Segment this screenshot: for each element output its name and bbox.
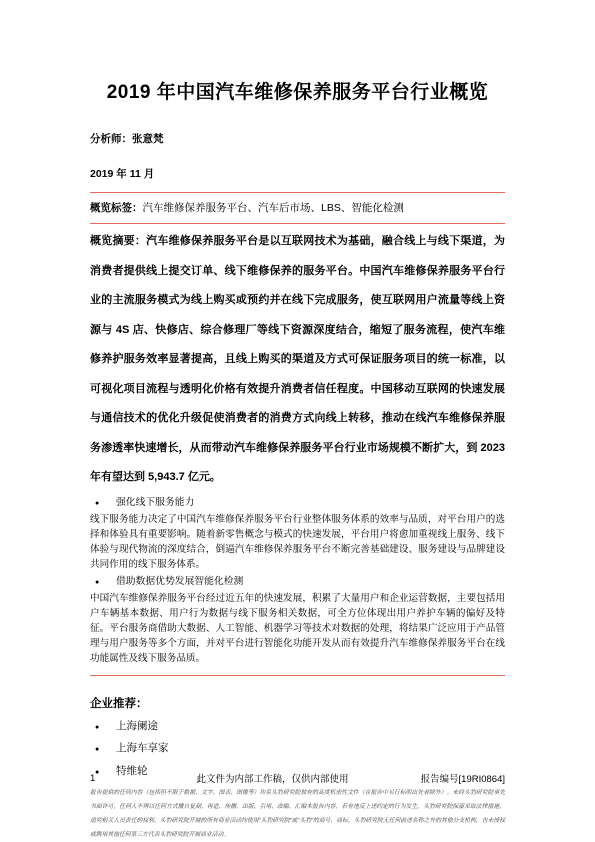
company-name: 上海阑途 (116, 716, 158, 737)
report-content: 2019 年中国汽车维修保养服务平台行业概览 分析师：张意梵 2019 年 11… (90, 0, 505, 842)
list-item: ● 上海阑途 (90, 716, 505, 739)
section-bullet-label: 借助数据优势发展智能化检测 (116, 574, 243, 590)
section-paragraph-offline: 线下服务能力决定了中国汽车维修保养服务平台行业整体服务体系的效率与品质，对平台用… (90, 512, 505, 572)
legal-disclaimer: 报告提供的任何内容（包括但不限于数据、文字、图表、图像等）均系头豹研究院独有的高… (90, 786, 505, 842)
overview-summary-text: 汽车维修保养服务平台是以互联网技术为基础，融合线上与线下渠道，为消费者提供线上提… (90, 235, 505, 483)
bullet-icon: ● (90, 740, 116, 761)
footer-confidential-note: 此文件为内部工作稿，仅供内部使用 (150, 771, 395, 785)
list-item: ● 上海车享家 (90, 738, 505, 761)
company-name: 上海车享家 (116, 738, 169, 759)
overview-summary: 概览摘要：汽车维修保养服务平台是以互联网技术为基础，融合线上与线下渠道，为消费者… (90, 227, 505, 493)
divider-sections (90, 675, 505, 676)
report-page: 2019 年中国汽车维修保养服务平台行业概览 分析师：张意梵 2019 年 11… (0, 0, 595, 842)
overview-summary-label: 概览摘要： (90, 235, 146, 247)
section-bullet-data: ● 借助数据优势发展智能化检测 (90, 574, 505, 591)
divider-top (90, 192, 505, 193)
section-paragraph-data: 中国汽车维修保养服务平台经过近五年的快速发展，积累了大量用户和企业运营数据，主要… (90, 591, 505, 666)
report-date: 2019 年 11 月 (90, 166, 505, 181)
page-number: 1 (90, 773, 150, 784)
report-number: 报告编号[19RI0864] (395, 771, 505, 785)
divider-tags (90, 223, 505, 224)
bullet-icon: ● (90, 496, 116, 512)
page-title: 2019 年中国汽车维修保养服务平台行业概览 (90, 80, 505, 105)
recommendations-heading: 企业推荐： (90, 695, 505, 711)
analyst-line: 分析师：张意梵 (90, 131, 505, 146)
section-bullet-label: 强化线下服务能力 (116, 495, 194, 511)
overview-tags-row: 概览标签：汽车维修保养服务平台、汽车后市场、LBS、智能化检测 (90, 201, 505, 215)
bullet-icon: ● (90, 575, 116, 591)
section-bullet-offline: ● 强化线下服务能力 (90, 495, 505, 512)
page-footer: 1 此文件为内部工作稿，仅供内部使用 报告编号[19RI0864] (90, 771, 505, 785)
overview-tags-value: 汽车维修保养服务平台、汽车后市场、LBS、智能化检测 (143, 202, 404, 214)
overview-tags-label: 概览标签： (90, 202, 143, 214)
bullet-icon: ● (90, 718, 116, 739)
